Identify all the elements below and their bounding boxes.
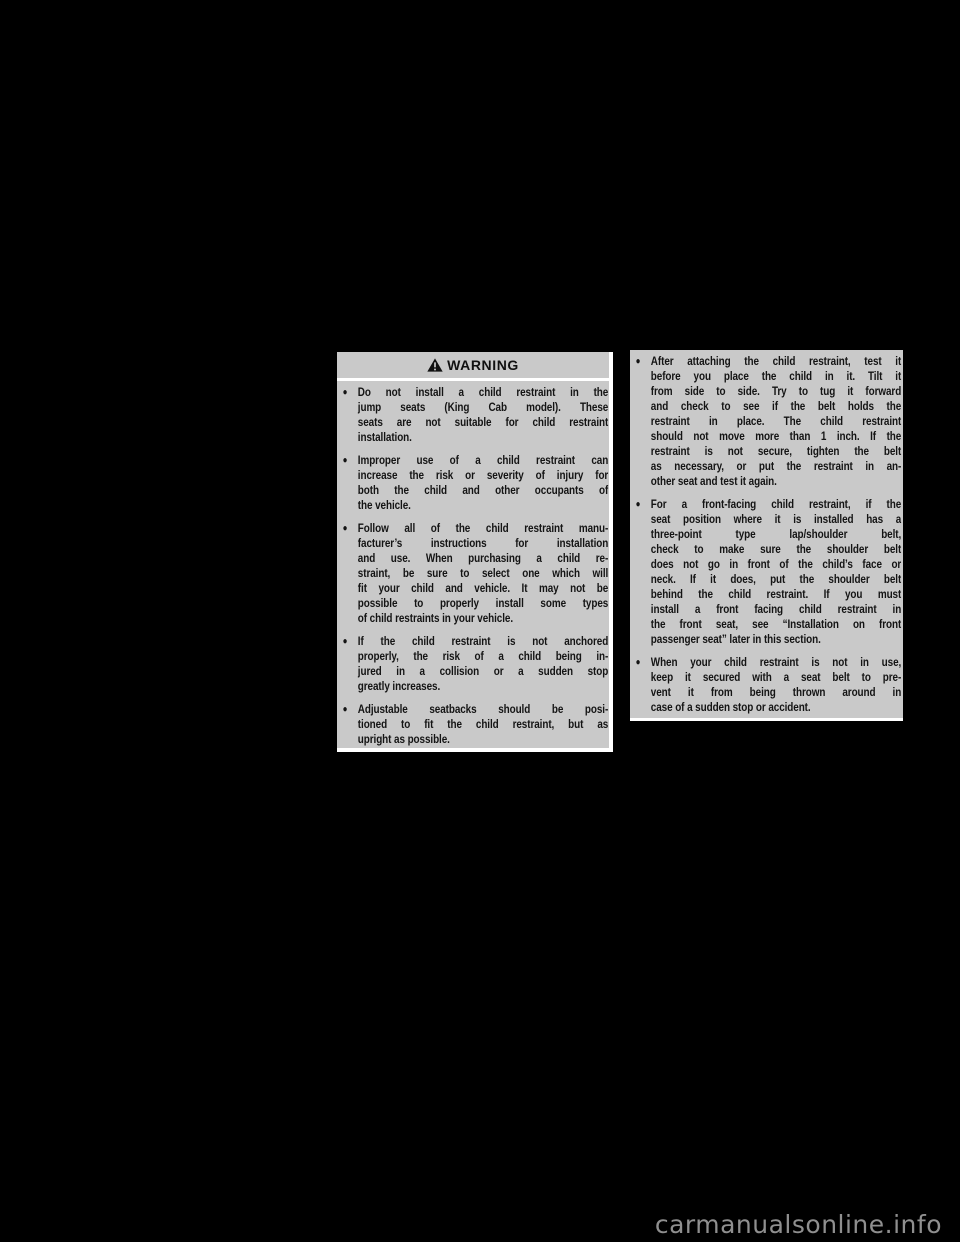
bullet-text: Improper use of a child restraint caninc… (358, 453, 608, 513)
list-item: ● Adjustable seatbacks should be posi-ti… (341, 702, 608, 747)
bullet-icon: ● (341, 634, 358, 694)
bullet-icon: ● (341, 453, 358, 513)
bullet-icon: ● (341, 385, 358, 445)
list-item: ● Improper use of a child restraint cani… (341, 453, 608, 513)
bullet-icon: ● (634, 497, 651, 647)
bullet-icon: ● (634, 655, 651, 715)
bullet-text: Do not install a child restraint in thej… (358, 385, 608, 445)
list-item: ● For a front-facing child restraint, if… (634, 497, 901, 647)
list-item: ● When your child restraint is not in us… (634, 655, 901, 715)
info-column-box: ● After attaching the child restraint, t… (630, 350, 903, 721)
bullet-text: Adjustable seatbacks should be posi-tion… (358, 702, 608, 747)
warning-body: ● Do not install a child restraint in th… (337, 381, 609, 747)
manual-page: { "ui": { "bullet_char": "●" }, "colors"… (0, 0, 960, 1242)
bullet-icon: ● (341, 702, 358, 747)
warning-box: WARNING ● Do not install a child restrai… (337, 352, 613, 752)
list-item: ● After attaching the child restraint, t… (634, 354, 901, 489)
list-item: ● Do not install a child restraint in th… (341, 385, 608, 445)
bullet-text: After attaching the child restraint, tes… (651, 354, 901, 489)
warning-title: WARNING (447, 357, 519, 373)
bullet-text: Follow all of the child restraint manu-f… (358, 521, 608, 626)
warning-header: WARNING (337, 352, 609, 381)
list-item: ● If the child restraint is not anchored… (341, 634, 608, 694)
bullet-icon: ● (634, 354, 651, 489)
bullet-text: When your child restraint is not in use,… (651, 655, 901, 715)
bullet-icon: ● (341, 521, 358, 626)
bullet-text: For a front-facing child restraint, if t… (651, 497, 901, 647)
watermark-text: carmanualsonline.info (655, 1210, 942, 1239)
list-item: ● Follow all of the child restraint manu… (341, 521, 608, 626)
bullet-text: If the child restraint is not anchoredpr… (358, 634, 608, 694)
warning-triangle-icon (427, 358, 443, 372)
